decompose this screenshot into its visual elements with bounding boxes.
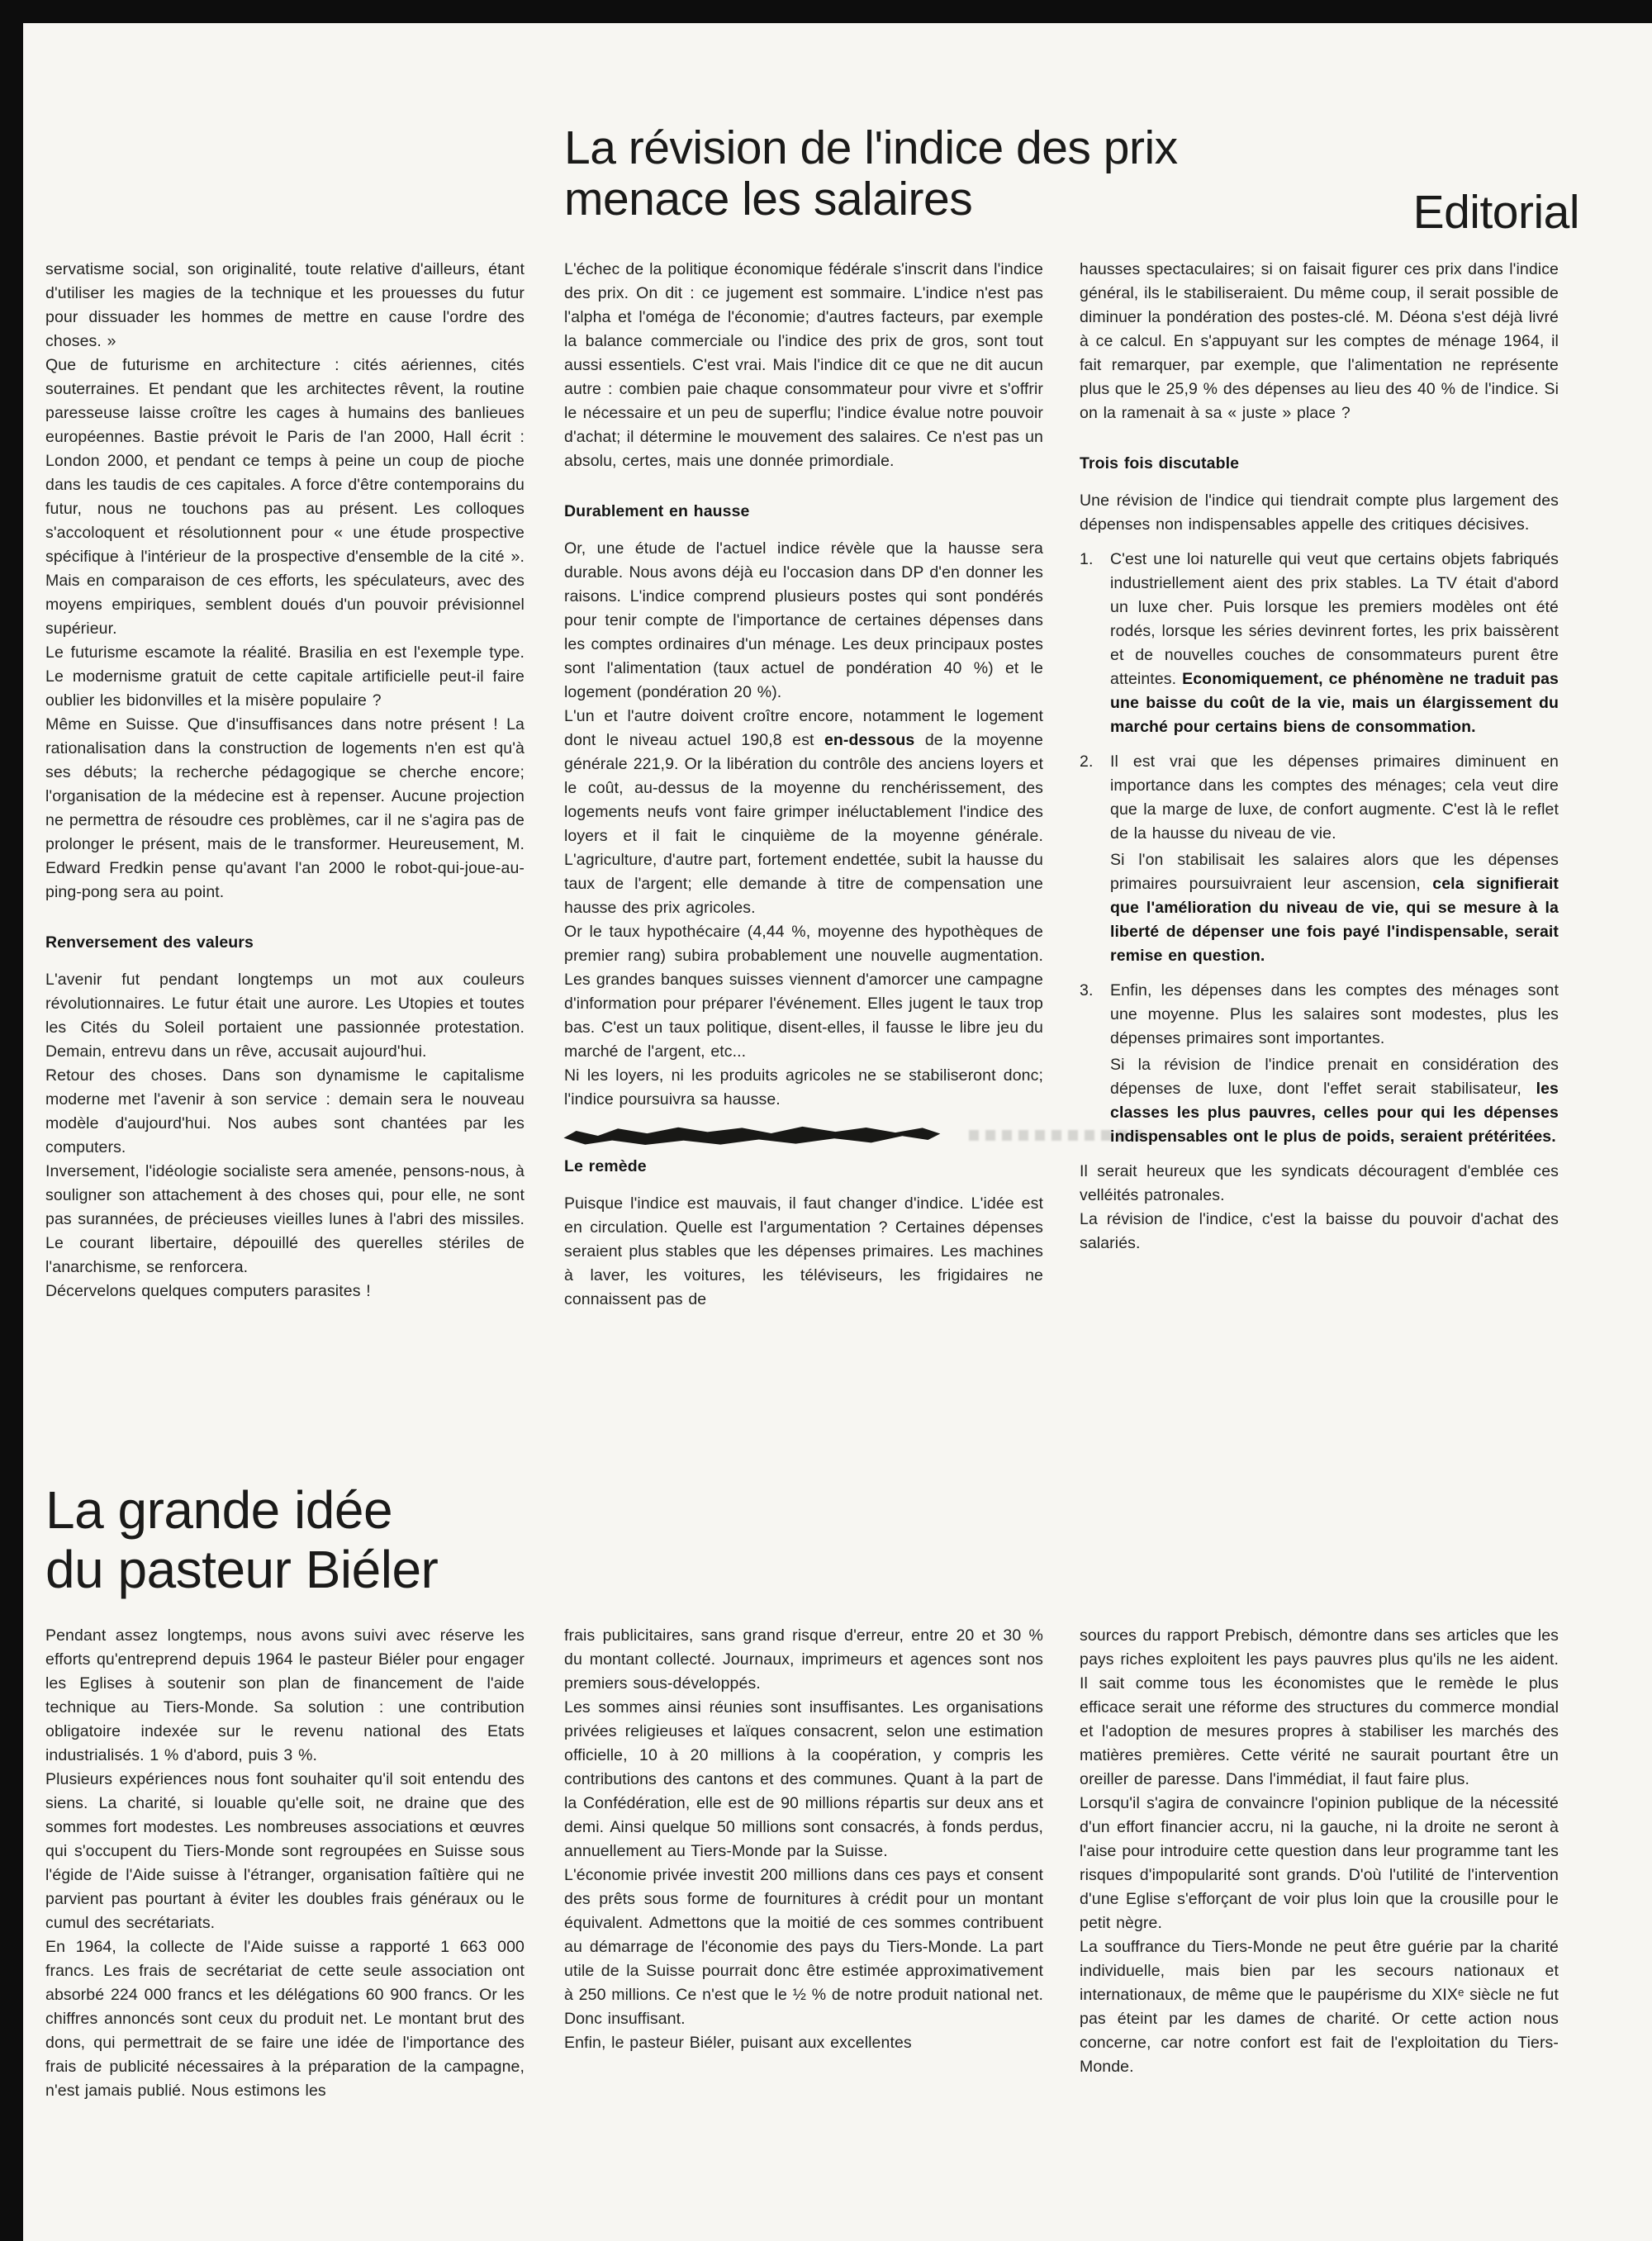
section-subheading: Trois fois discutable: [1080, 452, 1559, 476]
body-paragraph: Inversement, l'idéologie socialiste sera…: [45, 1160, 525, 1280]
body-paragraph: sources du rapport Prebisch, démontre da…: [1080, 1624, 1559, 1792]
article2-headline-line2: du pasteur Biéler: [45, 1540, 789, 1599]
article2-column-3: sources du rapport Prebisch, démontre da…: [1080, 1624, 1559, 2079]
body-paragraph: hausses spectaculaires; si on faisait fi…: [1080, 258, 1559, 425]
list-continuation-paragraph: Si l'on stabilisait les salaires alors q…: [1080, 848, 1559, 968]
article2-column-1: Pendant assez longtemps, nous avons suiv…: [45, 1624, 525, 2103]
article1-headline-line1: La révision de l'indice des prix: [564, 122, 1390, 173]
page-border-left: [0, 0, 23, 2241]
page-border-top: [0, 0, 1652, 23]
body-paragraph: servatisme social, son originalité, tout…: [45, 258, 525, 354]
article2-column-2: frais publicitaires, sans grand risque d…: [564, 1624, 1043, 2055]
newspaper-page: { "page": { "colors": { "paper": "#f7f6f…: [0, 0, 1652, 2241]
body-paragraph: Retour des choses. Dans son dynamisme le…: [45, 1064, 525, 1160]
body-paragraph: Même en Suisse. Que d'insuffisances dans…: [45, 713, 525, 904]
numbered-list-item: 1.C'est une loi naturelle qui veut que c…: [1080, 548, 1559, 739]
numbered-list-item: 3.Enfin, les dépenses dans les comptes d…: [1080, 979, 1559, 1051]
numbered-list-item: 2.Il est vrai que les dépenses primaires…: [1080, 750, 1559, 846]
article1-column-1: servatisme social, son originalité, tout…: [45, 258, 525, 1303]
section-subheading: Durablement en hausse: [564, 500, 1043, 524]
body-paragraph: Or le taux hypothécaire (4,44 %, moyenne…: [564, 920, 1043, 1064]
body-paragraph: Une révision de l'indice qui tiendrait c…: [1080, 489, 1559, 537]
list-item-number: 1.: [1080, 548, 1093, 572]
body-paragraph: Les sommes ainsi réunies sont insuffisan…: [564, 1696, 1043, 1864]
ink-smudge-mark: [564, 1123, 1043, 1148]
body-paragraph: En 1964, la collecte de l'Aide suisse a …: [45, 1935, 525, 2103]
body-paragraph: L'économie privée investit 200 millions …: [564, 1864, 1043, 2031]
body-paragraph: La souffrance du Tiers-Monde ne peut êtr…: [1080, 1935, 1559, 2079]
body-paragraph: L'avenir fut pendant longtemps un mot au…: [45, 968, 525, 1064]
body-paragraph: Ni les loyers, ni les produits agricoles…: [564, 1064, 1043, 1112]
body-paragraph: Que de futurisme en architecture : cités…: [45, 354, 525, 641]
body-paragraph: Lorsqu'il s'agira de convaincre l'opinio…: [1080, 1792, 1559, 1935]
body-paragraph: Puisque l'indice est mauvais, il faut ch…: [564, 1192, 1043, 1312]
body-paragraph: Il serait heureux que les syndicats déco…: [1080, 1160, 1559, 1208]
body-paragraph: L'échec de la politique économique fédér…: [564, 258, 1043, 473]
list-continuation-paragraph: Si la révision de l'indice prenait en co…: [1080, 1053, 1559, 1149]
body-paragraph: Pendant assez longtemps, nous avons suiv…: [45, 1624, 525, 1768]
article1-column-2: L'échec de la politique économique fédér…: [564, 258, 1043, 1312]
body-paragraph: La révision de l'indice, c'est la baisse…: [1080, 1208, 1559, 1256]
editorial-label: Editorial: [1239, 187, 1579, 238]
body-paragraph: Le futurisme escamote la réalité. Brasil…: [45, 641, 525, 713]
section-subheading: Renversement des valeurs: [45, 931, 525, 955]
body-paragraph: Décervelons quelques computers parasites…: [45, 1280, 525, 1303]
article1-column-3: hausses spectaculaires; si on faisait fi…: [1080, 258, 1559, 1256]
body-paragraph: Or, une étude de l'actuel indice révèle …: [564, 537, 1043, 705]
article2-headline: La grande idée du pasteur Biéler: [45, 1480, 789, 1599]
article2-headline-line1: La grande idée: [45, 1480, 789, 1540]
list-item-number: 3.: [1080, 979, 1093, 1003]
body-paragraph: L'un et l'autre doivent croître encore, …: [564, 705, 1043, 920]
body-paragraph: frais publicitaires, sans grand risque d…: [564, 1624, 1043, 1696]
body-paragraph: Enfin, le pasteur Biéler, puisant aux ex…: [564, 2031, 1043, 2055]
list-item-number: 2.: [1080, 750, 1093, 774]
ink-smudge-blot: [563, 1124, 942, 1147]
section-subheading: Le remède: [564, 1155, 1043, 1179]
body-paragraph: Plusieurs expériences nous font souhaite…: [45, 1768, 525, 1935]
